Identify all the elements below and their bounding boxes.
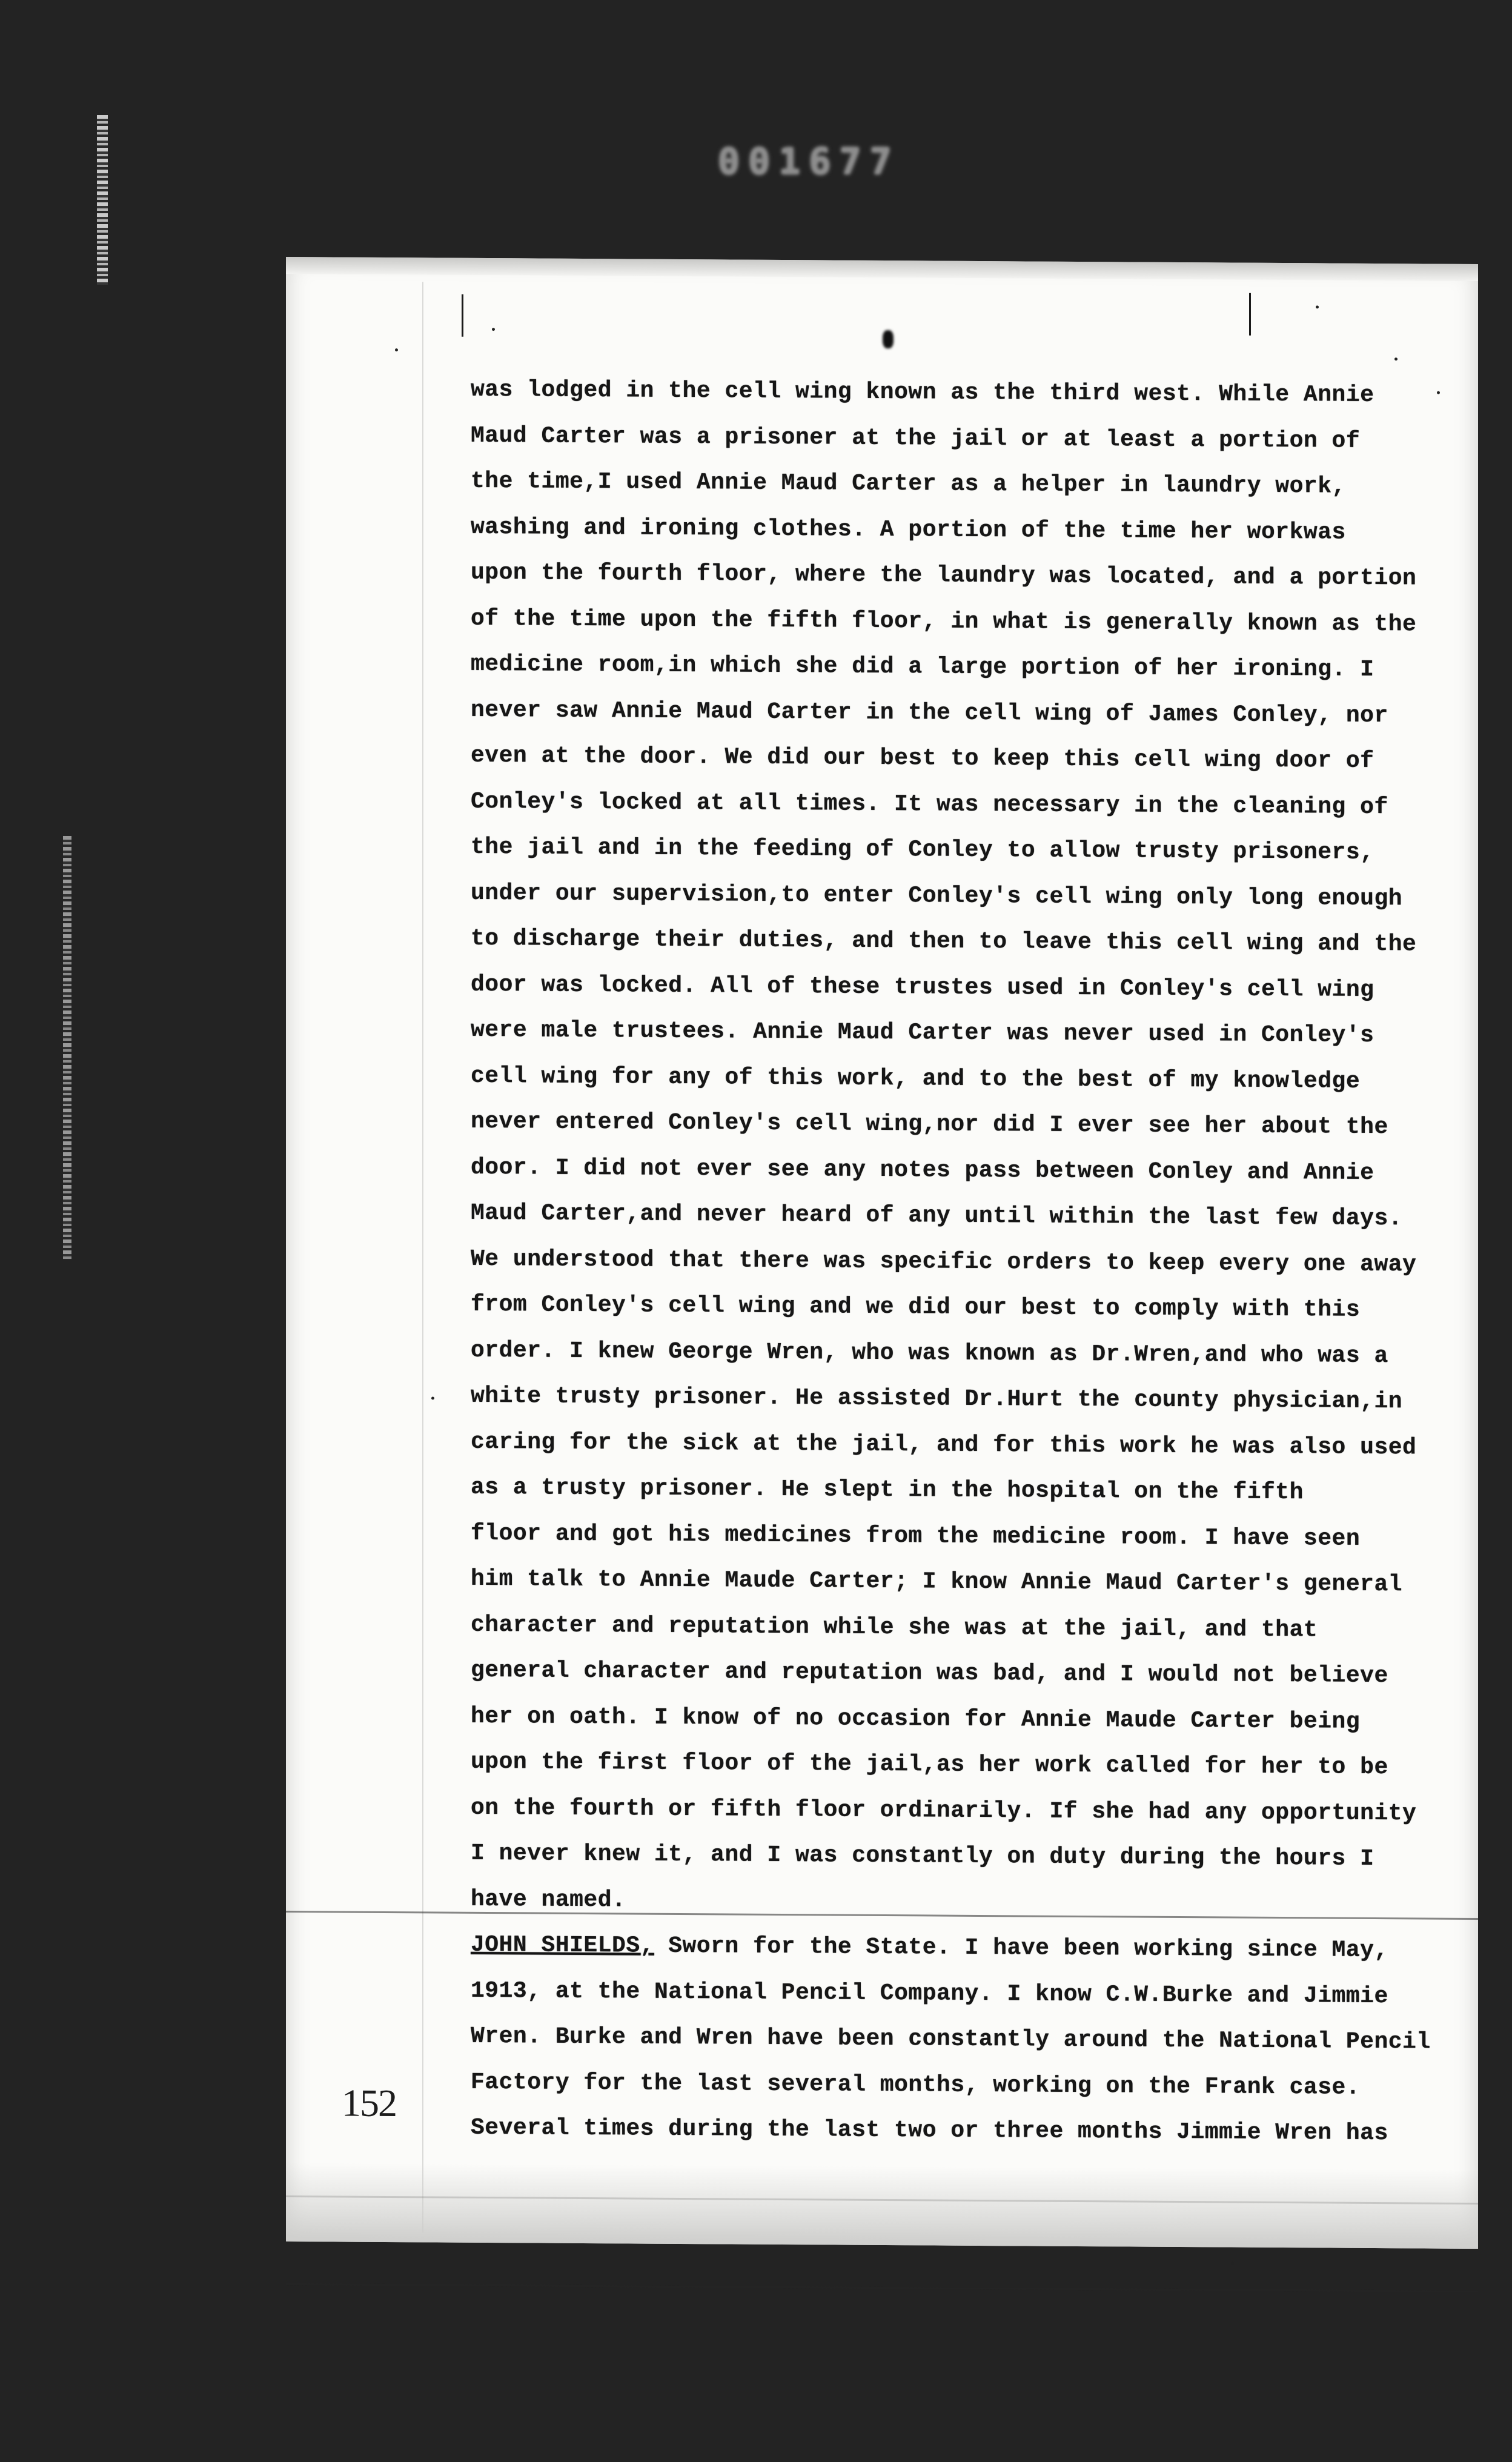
text-line: as a trusty prisoner. He slept in the ho… [471, 1465, 1464, 1517]
text-line: Wren. Burke and Wren have been constantl… [471, 2014, 1464, 2066]
ink-blot [883, 330, 894, 348]
text-line: her on oath. I know of no occasion for A… [471, 1693, 1464, 1745]
typed-transcript-page: 152 was lodged in the cell wing known as… [286, 257, 1478, 2249]
text-line: under our supervision,to enter Conley's … [471, 870, 1464, 922]
text-line: have named. [471, 1876, 1464, 1928]
text-line: Maud Carter,and never heard of any until… [471, 1190, 1464, 1243]
text-line: from Conley's cell wing and we did our b… [471, 1282, 1464, 1334]
text-line: cell wing for any of this work, and to t… [471, 1053, 1464, 1105]
scan-specks [286, 257, 1478, 264]
text-line: were male trustees. Annie Maud Carter wa… [471, 1007, 1464, 1060]
text-line: caring for the sick at the jail, and for… [471, 1419, 1464, 1471]
scan-line [286, 2283, 1478, 2292]
text-line: floor and got his medicines from the med… [471, 1510, 1464, 1562]
reel-frame-stamp: 001677 [718, 141, 900, 183]
punch-mark [1249, 293, 1251, 336]
text-line: medicine room,in which she did a large p… [471, 642, 1464, 694]
text-line: 1913, at the National Pencil Company. I … [471, 1968, 1464, 2020]
text-line: the time,I used Annie Maud Carter as a h… [471, 459, 1464, 511]
text-line: the jail and in the feeding of Conley to… [471, 825, 1464, 877]
text-line: We understood that there was specific or… [471, 1236, 1464, 1288]
text-line: general character and reputation was bad… [471, 1648, 1464, 1700]
text-line: him talk to Annie Maude Carter; I know A… [471, 1556, 1464, 1608]
witness-oath-text: Sworn for the State. I have been working… [654, 1933, 1388, 1963]
punch-mark [462, 294, 463, 337]
text-line: door was locked. All of these trustes us… [471, 961, 1464, 1014]
text-line: Maud Carter was a prisoner at the jail o… [471, 413, 1464, 465]
text-line: never saw Annie Maud Carter in the cell … [471, 687, 1464, 739]
transcript-body: was lodged in the cell wing known as the… [471, 367, 1464, 2157]
film-edge-marks [97, 115, 108, 285]
text-line: Factory for the last several months, wor… [471, 2059, 1464, 2111]
text-line: was lodged in the cell wing known as the… [471, 367, 1464, 419]
text-line: Conley's locked at all times. It was nec… [471, 778, 1464, 831]
text-line: of the time upon the fifth floor, in wha… [471, 596, 1464, 648]
margin-rule [422, 282, 423, 2232]
text-line: white trusty prisoner. He assisted Dr.Hu… [471, 1373, 1464, 1425]
text-line: character and reputation while she was a… [471, 1602, 1464, 1654]
text-line: I never knew it, and I was constantly on… [471, 1831, 1464, 1883]
text-line: even at the door. We did our best to kee… [471, 733, 1464, 785]
text-line: washing and ironing clothes. A portion o… [471, 504, 1464, 556]
text-line: upon the first floor of the jail,as her … [471, 1739, 1464, 1791]
witness-name: JOHN SHIELDS, [471, 1932, 654, 1959]
text-line: to discharge their duties, and then to l… [471, 916, 1464, 968]
text-line: door. I did not ever see any notes pass … [471, 1144, 1464, 1196]
text-line: Several times during the last two or thr… [471, 2105, 1464, 2157]
scan-line [286, 2195, 1478, 2205]
witness-heading-line: JOHN SHIELDS, Sworn for the State. I hav… [471, 1922, 1464, 1974]
text-line: upon the fourth floor, where the laundry… [471, 550, 1464, 602]
text-line: on the fourth or fifth floor ordinarily.… [471, 1785, 1464, 1837]
page-number: 152 [342, 2081, 396, 2126]
film-edge-marks-lower [63, 836, 71, 1260]
text-line: never entered Conley's cell wing,nor did… [471, 1099, 1464, 1151]
text-line: order. I knew George Wren, who was known… [471, 1327, 1464, 1379]
